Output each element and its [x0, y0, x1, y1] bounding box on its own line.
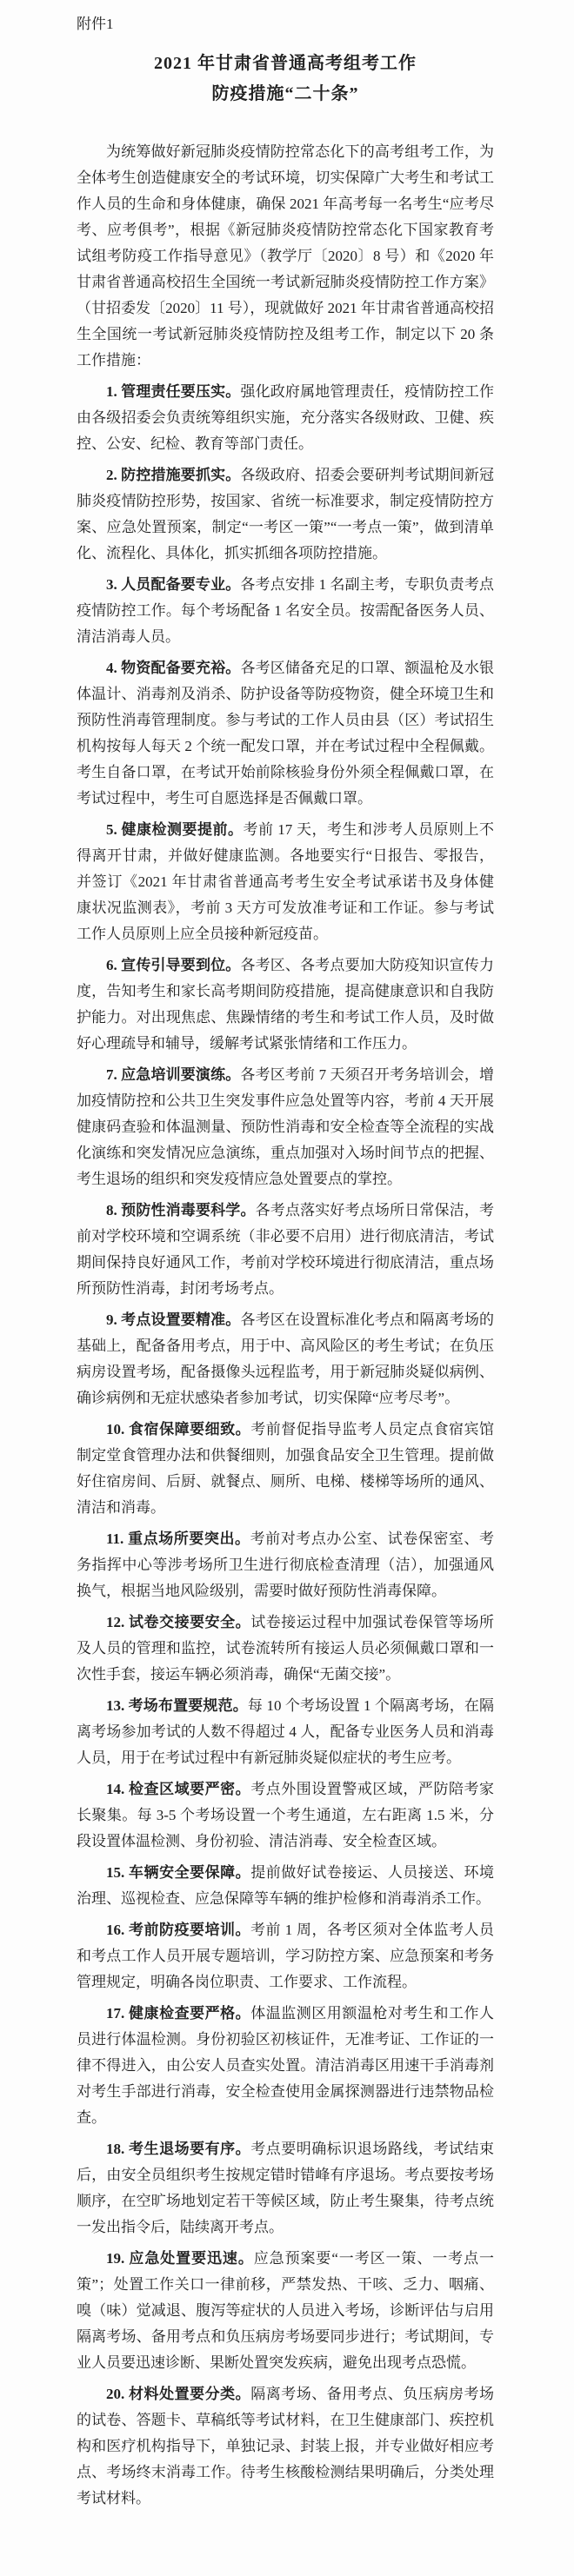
measure-item: 12. 试卷交接要安全。试卷接运过程中加强试卷保管等场所及人员的管理和监控，试卷… [77, 1610, 494, 1688]
attachment-label: 附件1 [77, 14, 494, 35]
measure-number: 6. [106, 957, 117, 973]
measure-heading: 14. 检查区域要严密。 [106, 1781, 250, 1797]
measure-title: 考点设置要精准。 [121, 1311, 240, 1328]
measure-item: 19. 应急处置要迅速。应急预案要“一考区一策、一考点一策”；处置工作关口一律前… [77, 2246, 494, 2376]
measure-item: 6. 宣传引导要到位。各考区、各考点要加大防疫知识宣传力度，告知考生和家长高考期… [77, 953, 494, 1057]
measure-title: 应急培训要演练。 [121, 1066, 240, 1083]
measure-heading: 20. 材料处置要分类。 [106, 2386, 250, 2402]
measure-item: 16. 考前防疫要培训。考前 1 周，各考区须对全体监考人员和考点工作人员开展专… [77, 1917, 494, 1995]
measure-number: 7. [106, 1066, 117, 1083]
measure-number: 12. [106, 1614, 124, 1630]
measure-heading: 6. 宣传引导要到位。 [106, 957, 240, 973]
measure-item: 8. 预防性消毒要科学。各考点落实好考点场所日常保洁，考前对学校环境和空调系统（… [77, 1198, 494, 1302]
measure-body: 隔离考场、备用考点、负压病房考场的试卷、答题卡、草稿纸等考试材料，在卫生健康部门… [77, 2386, 494, 2506]
measure-title: 车辆安全要保障。 [129, 1864, 250, 1881]
measure-item: 15. 车辆安全要保障。提前做好试卷接运、人员接送、环境治理、巡视检查、应急保障… [77, 1860, 494, 1912]
measure-number: 8. [106, 1202, 117, 1218]
measure-item: 2. 防控措施要抓实。各级政府、招委会要研判考试期间新冠肺炎疫情防控形势，按国家… [77, 462, 494, 567]
measure-item: 3. 人员配备要专业。各考点安排 1 名副主考，专职负责考点疫情防控工作。每个考… [77, 572, 494, 650]
measure-body: 体温监测区用额温枪对考生和工作人员进行体温检测。身份初验区初核证件，无准考证、工… [77, 2005, 494, 2126]
measure-title: 检查区域要严密。 [129, 1781, 250, 1797]
measure-title: 人员配备要专业。 [121, 576, 240, 593]
measure-item: 10. 食宿保障要细致。考前督促指导监考人员定点食宿宾馆制定堂食管理办法和供餐细… [77, 1417, 494, 1521]
measure-number: 13. [106, 1697, 124, 1714]
measure-number: 5. [106, 821, 117, 838]
measure-title: 试卷交接要安全。 [129, 1614, 250, 1630]
measure-title: 健康检查要严格。 [129, 2005, 250, 2022]
measure-item: 7. 应急培训要演练。各考区考前 7 天须召开考务培训会，增加疫情防控和公共卫生… [77, 1062, 494, 1192]
measure-heading: 10. 食宿保障要细致。 [106, 1421, 250, 1437]
measure-heading: 2. 防控措施要抓实。 [106, 467, 240, 483]
measure-body: 考前 17 天，考生和涉考人员原则上不得离开甘肃，并做好健康监测。各地要实行“日… [77, 821, 494, 942]
measure-number: 11. [106, 1530, 123, 1547]
document-title: 2021 年甘肃省普通高考组考工作 防疫措施“二十条” [77, 49, 494, 110]
measure-title: 物资配备要充裕。 [121, 660, 240, 676]
measure-title: 考前防疫要培训。 [129, 1922, 250, 1938]
measure-title: 预防性消毒要科学。 [121, 1202, 255, 1218]
measure-item: 9. 考点设置要精准。各考区在设置标准化考点和隔离考场的基础上，配备备用考点，用… [77, 1307, 494, 1411]
measure-number: 9. [106, 1311, 117, 1328]
measure-heading: 8. 预防性消毒要科学。 [106, 1202, 256, 1218]
measure-number: 1. [106, 383, 117, 400]
measure-title: 考场布置要规范。 [129, 1697, 248, 1714]
measure-heading: 5. 健康检测要提前。 [106, 821, 244, 838]
measure-title: 重点场所要突出。 [128, 1530, 250, 1547]
measure-title: 宣传引导要到位。 [121, 957, 240, 973]
measure-number: 18. [106, 2141, 124, 2157]
measure-number: 3. [106, 576, 117, 593]
measure-heading: 12. 试卷交接要安全。 [106, 1614, 250, 1630]
measure-number: 2. [106, 467, 117, 483]
measure-heading: 16. 考前防疫要培训。 [106, 1922, 250, 1938]
measure-heading: 7. 应急培训要演练。 [106, 1066, 240, 1083]
measure-item: 13. 考场布置要规范。每 10 个考场设置 1 个隔离考场，在隔离考场参加考试… [77, 1693, 494, 1771]
measure-title: 防控措施要抓实。 [121, 467, 240, 483]
measure-item: 4. 物资配备要充裕。各考区储备充足的口罩、额温枪及水银体温计、消毒剂及消杀、防… [77, 655, 494, 812]
measure-number: 19. [106, 2250, 124, 2267]
measure-item: 1. 管理责任要压实。强化政府属地管理责任，疫情防控工作由各级招委会负责统筹组织… [77, 379, 494, 457]
measure-heading: 11. 重点场所要突出。 [106, 1530, 250, 1547]
measure-number: 14. [106, 1781, 124, 1797]
measure-item: 11. 重点场所要突出。考前对考点办公室、试卷保密室、考务指挥中心等涉考场所卫生… [77, 1526, 494, 1604]
measure-title: 考生退场要有序。 [129, 2141, 250, 2157]
measure-title: 食宿保障要细致。 [129, 1421, 250, 1437]
measure-body: 各考区考前 7 天须召开考务培训会，增加疫情防控和公共卫生突发事件应急处置等内容… [77, 1066, 494, 1187]
measure-number: 10. [106, 1421, 124, 1437]
measure-title: 应急处置要迅速。 [129, 2250, 253, 2267]
measure-heading: 1. 管理责任要压实。 [106, 383, 240, 400]
document-title-line-2: 防疫措施“二十条” [77, 79, 494, 110]
measure-item: 5. 健康检测要提前。考前 17 天，考生和涉考人员原则上不得离开甘肃，并做好健… [77, 817, 494, 947]
measure-title: 材料处置要分类。 [129, 2386, 250, 2402]
measure-heading: 17. 健康检查要严格。 [106, 2005, 250, 2022]
measure-number: 15. [106, 1864, 124, 1881]
intro-paragraph: 为统筹做好新冠肺炎疫情防控常态化下的高考组考工作，为全体考生创造健康安全的考试环… [77, 139, 494, 374]
measure-item: 14. 检查区域要严密。考点外围设置警戒区域，严防陪考家长聚集。每 3-5 个考… [77, 1776, 494, 1855]
measure-number: 16. [106, 1922, 124, 1938]
measure-item: 18. 考生退场要有序。考点要明确标识退场路线，考试结束后，由安全员组织考生按规… [77, 2136, 494, 2241]
measure-body: 应急预案要“一考区一策、一考点一策”；处置工作关口一律前移，严禁发热、干咳、乏力… [77, 2250, 494, 2371]
document-title-line-1: 2021 年甘肃省普通高考组考工作 [77, 49, 494, 79]
measure-item: 17. 健康检查要严格。体温监测区用额温枪对考生和工作人员进行体温检测。身份初验… [77, 2001, 494, 2131]
measure-heading: 3. 人员配备要专业。 [106, 576, 240, 593]
measure-heading: 13. 考场布置要规范。 [106, 1697, 248, 1714]
measure-number: 4. [106, 660, 117, 676]
document-body: 为统筹做好新冠肺炎疫情防控常态化下的高考组考工作，为全体考生创造健康安全的考试环… [77, 139, 494, 2512]
measure-heading: 19. 应急处置要迅速。 [106, 2250, 254, 2267]
document-page: 附件1 2021 年甘肃省普通高考组考工作 防疫措施“二十条” 为统筹做好新冠肺… [0, 0, 574, 2576]
measure-title: 健康检测要提前。 [122, 821, 244, 838]
measure-heading: 18. 考生退场要有序。 [106, 2141, 250, 2157]
measure-number: 20. [106, 2386, 124, 2402]
measure-number: 17. [106, 2005, 124, 2022]
measure-heading: 9. 考点设置要精准。 [106, 1311, 240, 1328]
measures-list: 1. 管理责任要压实。强化政府属地管理责任，疫情防控工作由各级招委会负责统筹组织… [77, 379, 494, 2512]
measure-item: 20. 材料处置要分类。隔离考场、备用考点、负压病房考场的试卷、答题卡、草稿纸等… [77, 2381, 494, 2512]
measure-heading: 15. 车辆安全要保障。 [106, 1864, 250, 1881]
measure-heading: 4. 物资配备要充裕。 [106, 660, 240, 676]
measure-body: 各考区储备充足的口罩、额温枪及水银体温计、消毒剂及消杀、防护设备等防疫物资，健全… [77, 660, 494, 807]
measure-title: 管理责任要压实。 [121, 383, 240, 400]
